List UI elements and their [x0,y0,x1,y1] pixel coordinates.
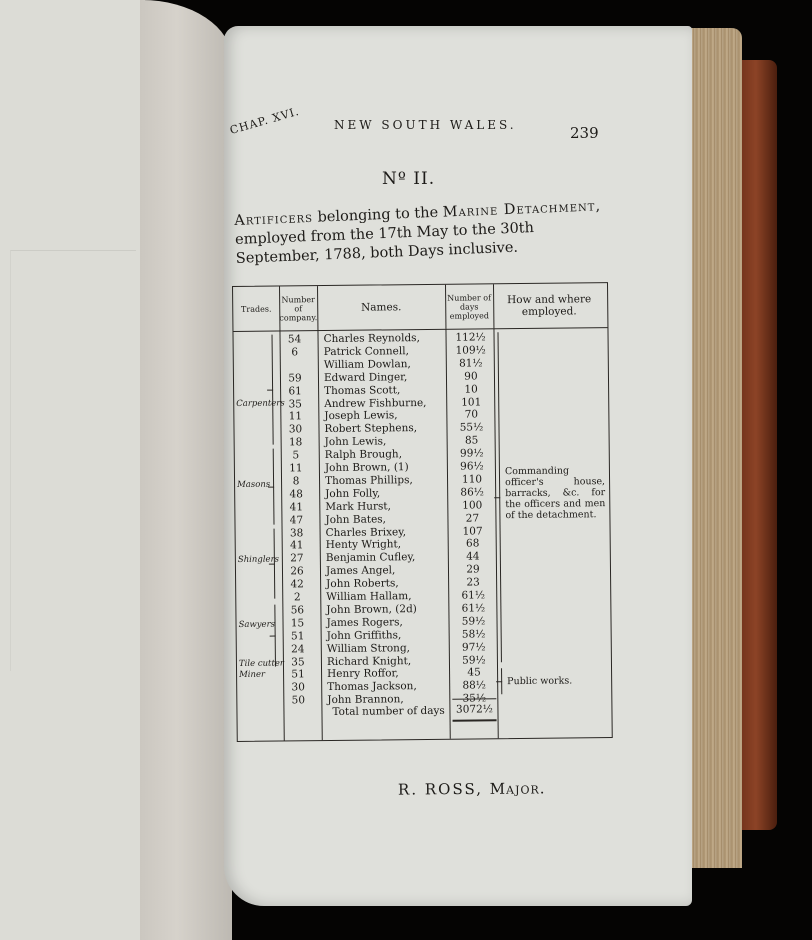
trade-label-tile-cutter: Tile cutter [239,658,284,668]
section-number: Nº II. [382,169,435,189]
brace-shinglers [274,529,282,599]
employment-public-works: Public works. [507,675,607,687]
intro-text-1: belonging to the [313,205,443,226]
chapter-header: CHAP. XVI. [228,105,301,137]
header-trades: Trades. [233,286,280,330]
signature-rank: Major. [490,779,546,797]
header-where: How and where employed. [493,283,605,328]
trade-label-masons: Masons [237,480,270,490]
book-page: CHAP. XVI. NEW SOUTH WALES. 239 Nº II. A… [224,26,692,906]
total-value: 3072½ [452,698,496,721]
running-title: NEW SOUTH WALES. [334,118,517,132]
brace-masons [273,449,281,525]
total-label: Total number of days [332,705,444,718]
page-number: 239 [570,124,599,142]
trade-label-sawyers: Sawyers [238,620,275,630]
intro-lead: Artificers [234,210,313,229]
signature: R. ROSS, Major. [398,779,546,798]
signature-name: R. ROSS, [398,780,483,799]
intro-paragraph: Artificers belonging to the Marine Detac… [234,197,606,269]
employment-commanding-house: Commanding officer's house, barracks, &c… [505,465,606,521]
brace-sawyers [274,605,282,667]
header-days: Number of days employed [445,284,494,329]
header-company: Number of company. [279,286,318,330]
artificers-table: Trades. Number of company. Names. Number… [232,282,613,742]
left-page-leaf [0,0,145,940]
faint-show-through [10,250,136,671]
header-names: Names. [317,285,446,330]
trade-label-miner: Miner [239,670,265,680]
intro-unit: Marine Detachment [442,198,595,220]
brace-carpenters [272,335,280,445]
left-page-curve [140,0,232,940]
